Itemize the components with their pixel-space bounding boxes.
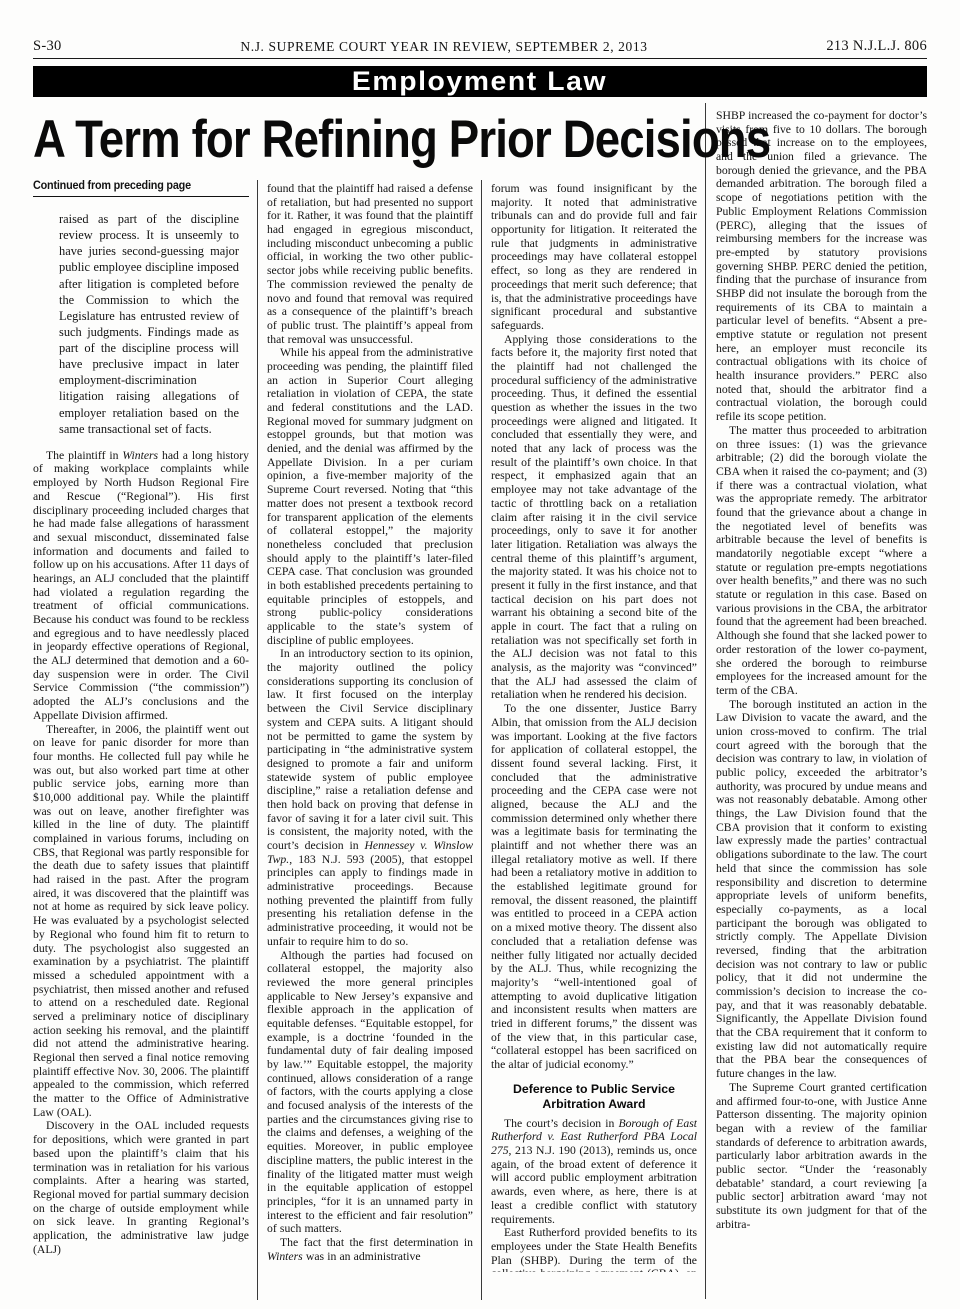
- column-1-text: raised as part of the discipline review …: [33, 209, 249, 1281]
- column-3-text: forum was found insignificant by the maj…: [491, 180, 697, 1272]
- article-paragraph: To the one dissenter, Justice Barry Albi…: [491, 702, 697, 1072]
- article-paragraph: The fact that the first determination in…: [267, 1236, 473, 1263]
- page-number: S-30: [33, 38, 62, 55]
- article-paragraph: Discovery in the OAL included requests f…: [33, 1119, 249, 1256]
- continued-note: Continued from preceding page: [33, 180, 236, 192]
- article-paragraph: The court’s decision in Borough of East …: [491, 1117, 697, 1227]
- article-content: A Term for Refining Prior Decisions Cont…: [0, 103, 960, 1300]
- article-paragraph: The borough instituted an action in the …: [716, 698, 927, 1081]
- column-2: found that the plaintiff had raised a de…: [257, 180, 481, 1300]
- column-2-text: found that the plaintiff had raised a de…: [267, 180, 473, 1272]
- masthead-rule: [33, 58, 927, 59]
- article-paragraph: East Rutherford provided benefits to its…: [491, 1226, 697, 1272]
- article-paragraph: Thereafter, in 2006, the plaintiff went …: [33, 723, 249, 1120]
- column-1: Continued from preceding page raised as …: [33, 180, 257, 1300]
- column-4: SHBP increased the co-payment for doctor…: [705, 103, 927, 1299]
- article-paragraph: While his appeal from the administrative…: [267, 346, 473, 647]
- article-paragraph: The plaintiff in Winters had a long hist…: [33, 449, 249, 723]
- article-paragraph: The Supreme Court granted certification …: [716, 1081, 927, 1232]
- masthead-title: N.J. SUPREME COURT YEAR IN REVIEW, SEPTE…: [240, 39, 647, 55]
- section-banner: Employment Law: [33, 66, 927, 97]
- section-subhead: Deference to Public Service Arbitration …: [497, 1082, 691, 1112]
- article-paragraph: found that the plaintiff had raised a de…: [267, 182, 473, 346]
- newspaper-page: S-30 N.J. SUPREME COURT YEAR IN REVIEW, …: [0, 0, 960, 1309]
- article-left-pane: A Term for Refining Prior Decisions Cont…: [33, 103, 705, 1300]
- citation: 213 N.J.L.J. 806: [826, 38, 927, 55]
- column-3: forum was found insignificant by the maj…: [481, 180, 705, 1300]
- continued-rule: [33, 196, 249, 197]
- article-paragraph: Applying those considerations to the fac…: [491, 333, 697, 703]
- block-quote: raised as part of the discipline review …: [33, 209, 249, 441]
- article-paragraph: In an introductory section to its opinio…: [267, 647, 473, 948]
- article-paragraph: The matter thus proceeded to arbitration…: [716, 424, 927, 698]
- column-4-text: SHBP increased the co-payment for doctor…: [716, 109, 927, 1231]
- masthead: S-30 N.J. SUPREME COURT YEAR IN REVIEW, …: [0, 38, 960, 55]
- section-banner-label: Employment Law: [352, 66, 607, 97]
- article-paragraph: forum was found insignificant by the maj…: [491, 182, 697, 333]
- article-headline: A Term for Refining Prior Decisions: [33, 109, 611, 170]
- article-paragraph: Although the parties had focused on coll…: [267, 949, 473, 1236]
- three-column-row: Continued from preceding page raised as …: [33, 180, 705, 1300]
